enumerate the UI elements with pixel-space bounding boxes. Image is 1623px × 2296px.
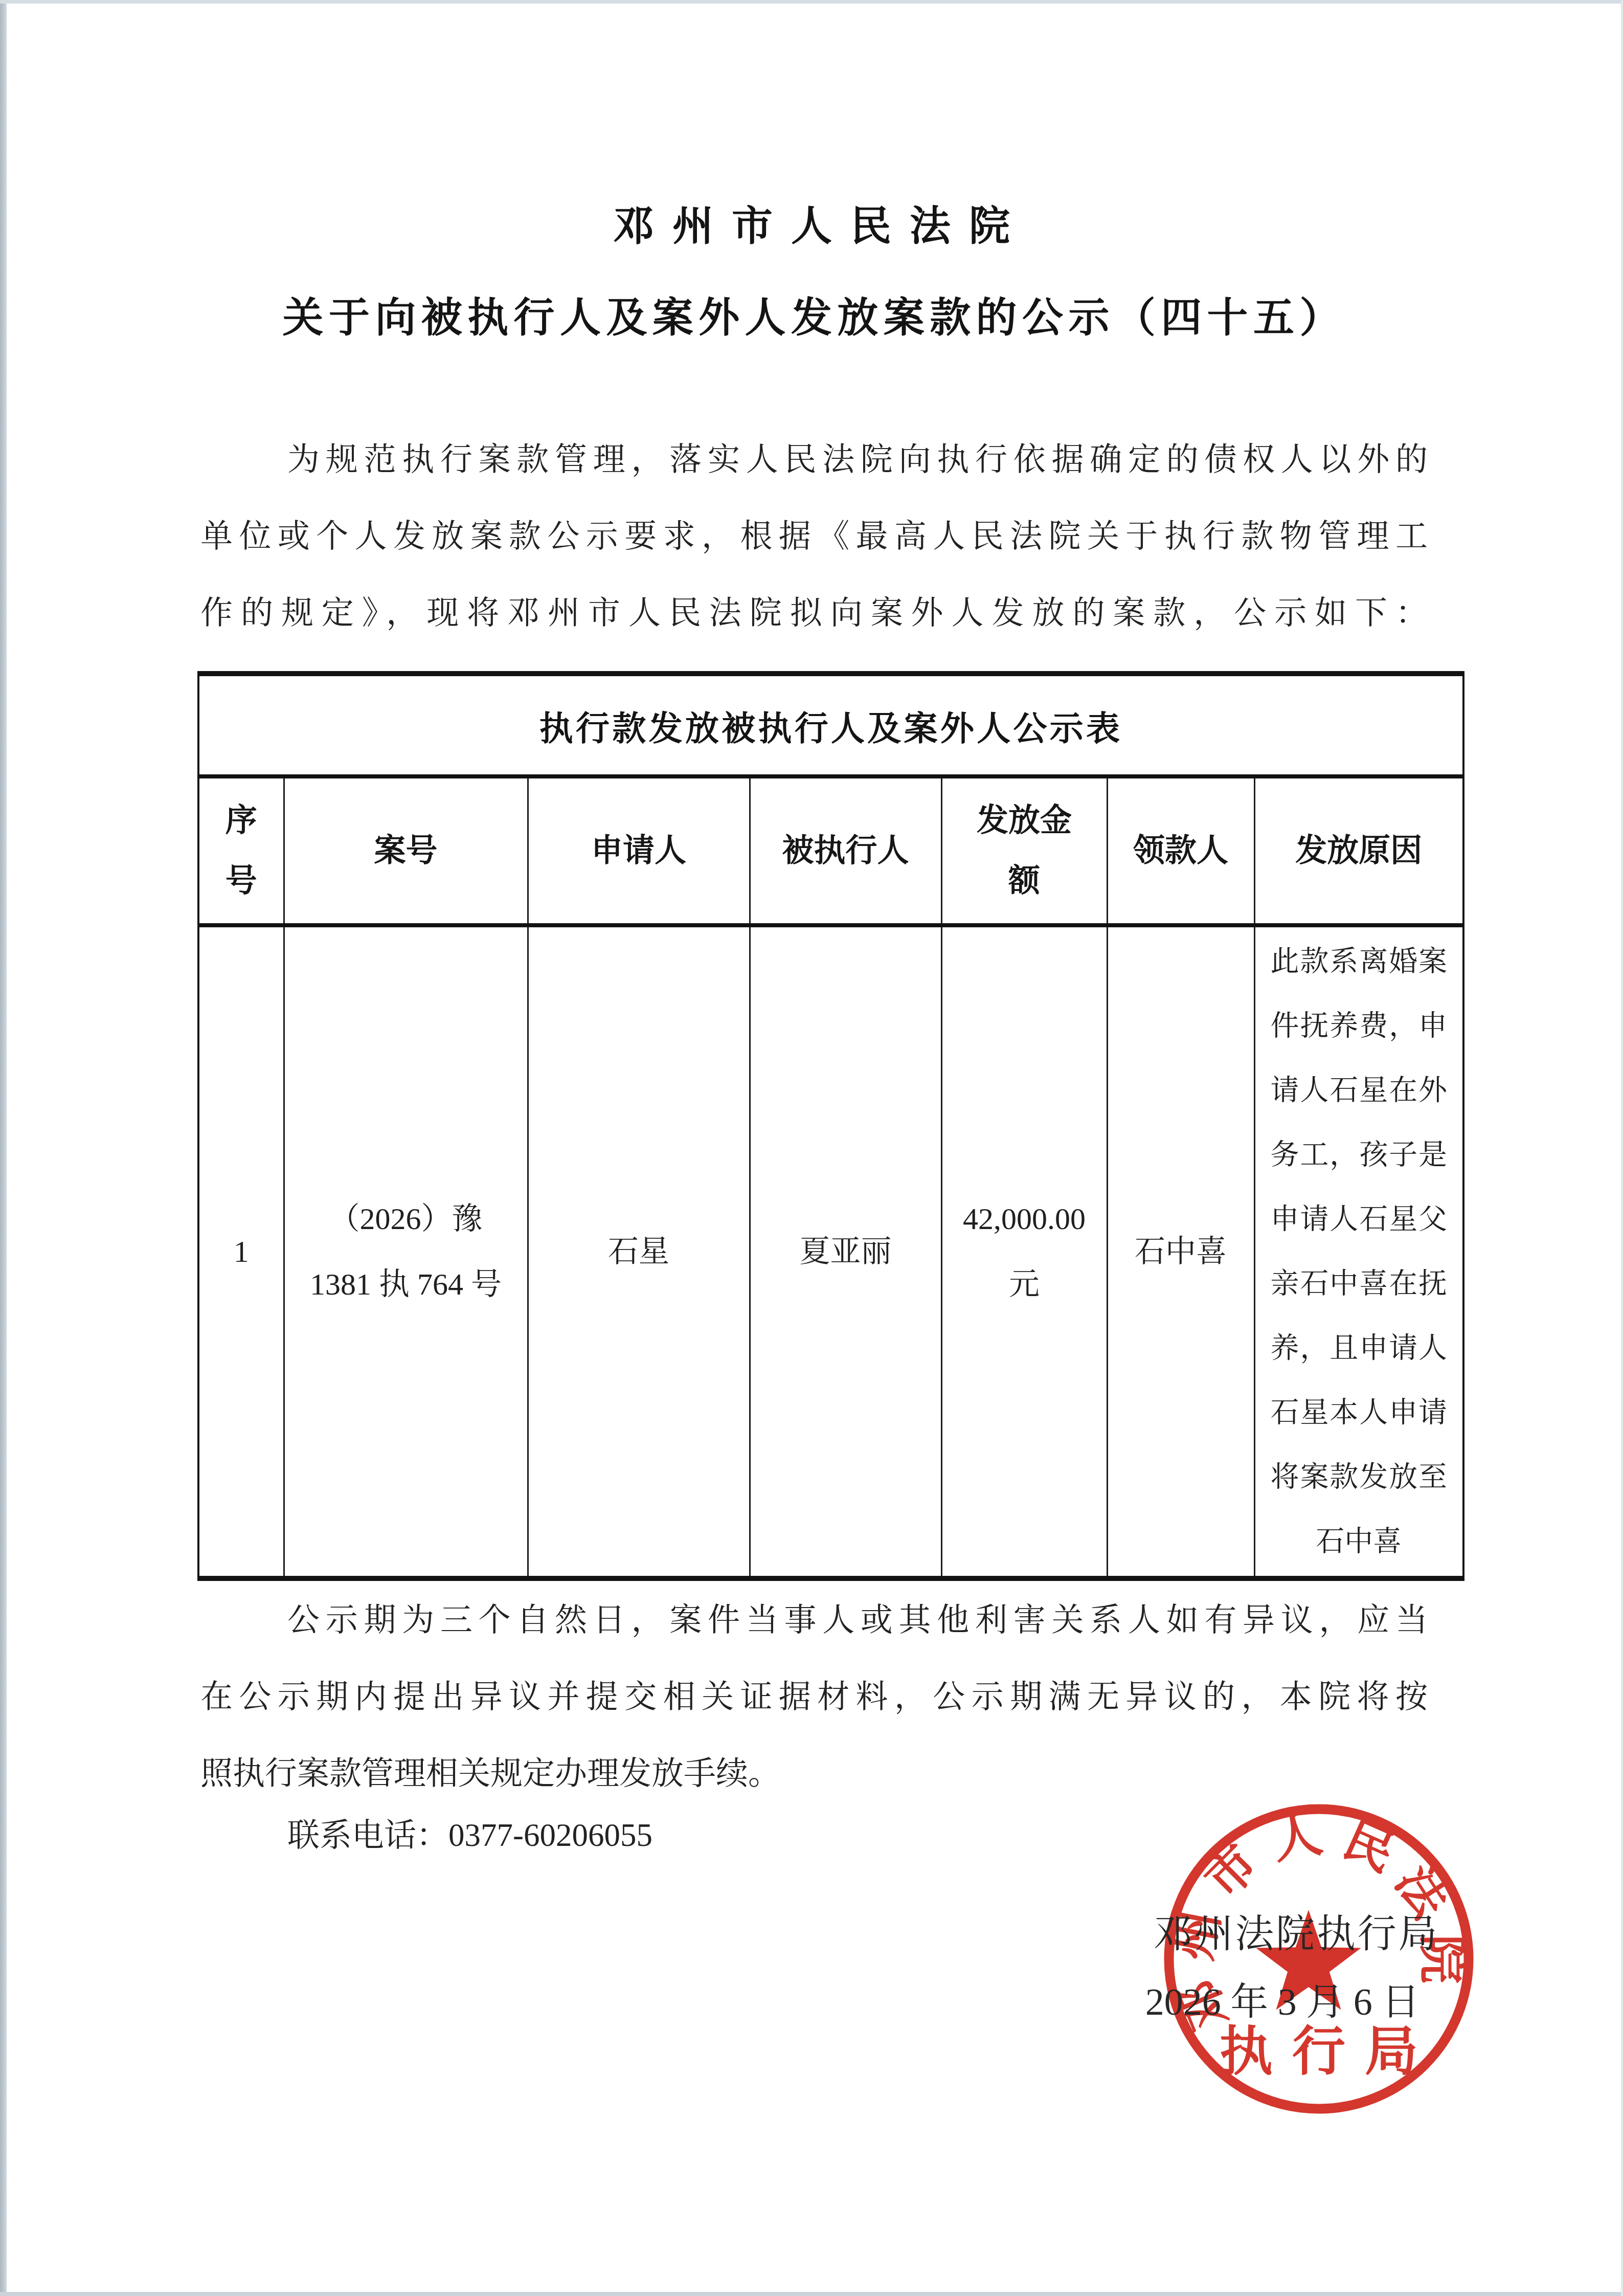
cell-applicant: 石星 (528, 925, 750, 1578)
cell-case-no: （2026）豫 1381 执 764 号 (284, 925, 528, 1578)
court-seal: 邓州市人民法院 执行局 (1155, 1795, 1482, 2123)
cell-payee: 石中喜 (1107, 925, 1254, 1578)
page-subtitle: 关于向被执行人及案外人发放案款的公示（四十五） (0, 287, 1623, 349)
header-applicant: 申请人 (528, 776, 750, 925)
seal-bottom-text: 执行局 (1155, 2024, 1482, 2081)
table-header-row: 序 号 案号 申请人 被执行人 发放金 额 领款人 发放原因 (198, 776, 1463, 925)
intro-line-2: 单位或个人发放案款公示要求，根据《最高人民法院关于执行款物管理工 (200, 498, 1428, 574)
signature-date: 2026 年 3 月 6 日 (1134, 1980, 1431, 2024)
cell-seq: 1 (198, 925, 284, 1578)
document-page: 邓州市人民法院 关于向被执行人及案外人发放案款的公示（四十五） 为规范执行案款管… (0, 0, 1623, 2296)
header-amount: 发放金 额 (941, 776, 1107, 925)
announcement-table: 执行款发放被执行人及案外人公示表 序 号 案号 申请人 被执行人 发放金 额 领… (197, 671, 1464, 1581)
header-seq: 序 号 (198, 776, 284, 925)
signature-org: 邓州法院执行局 (1143, 1912, 1450, 1957)
closing-line-2: 在公示期内提出异议并提交相关证据材料，公示期满无异议的，本院将按 (200, 1658, 1428, 1735)
closing-line-1: 公示期为三个自然日，案件当事人或其他利害关系人如有异议，应当 (200, 1581, 1428, 1658)
seal-arc-char: 人 (1265, 1805, 1330, 1870)
scan-edge-top (0, 0, 1623, 4)
scan-edge-bottom (0, 2292, 1623, 2296)
header-payee: 领款人 (1107, 776, 1254, 925)
cell-amount: 42,000.00 元 (941, 925, 1107, 1578)
intro-line-1: 为规范执行案款管理，落实人民法院向执行依据确定的债权人以外的 (200, 421, 1428, 498)
header-case-no: 案号 (284, 776, 528, 925)
closing-paragraph: 公示期为三个自然日，案件当事人或其他利害关系人如有异议，应当 在公示期内提出异议… (200, 1581, 1428, 1812)
page-title: 邓州市人民法院 (0, 198, 1623, 255)
cell-executee: 夏亚丽 (750, 925, 941, 1578)
table-row: 1 （2026）豫 1381 执 764 号 石星 夏亚丽 42,000.00 … (198, 925, 1463, 1578)
intro-line-3: 作的规定》，现将邓州市人民法院拟向案外人发放的案款，公示如下： (200, 574, 1428, 651)
header-reason: 发放原因 (1254, 776, 1463, 925)
intro-paragraph: 为规范执行案款管理，落实人民法院向执行依据确定的债权人以外的 单位或个人发放案款… (200, 421, 1428, 651)
table-caption: 执行款发放被执行人及案外人公示表 (198, 674, 1463, 776)
header-executee: 被执行人 (750, 776, 941, 925)
cell-reason: 此款系离婚案件抚养费，申请人石星在外务工，孩子是申请人石星父亲石中喜在抚养，且申… (1254, 925, 1463, 1578)
table-caption-row: 执行款发放被执行人及案外人公示表 (198, 674, 1463, 776)
